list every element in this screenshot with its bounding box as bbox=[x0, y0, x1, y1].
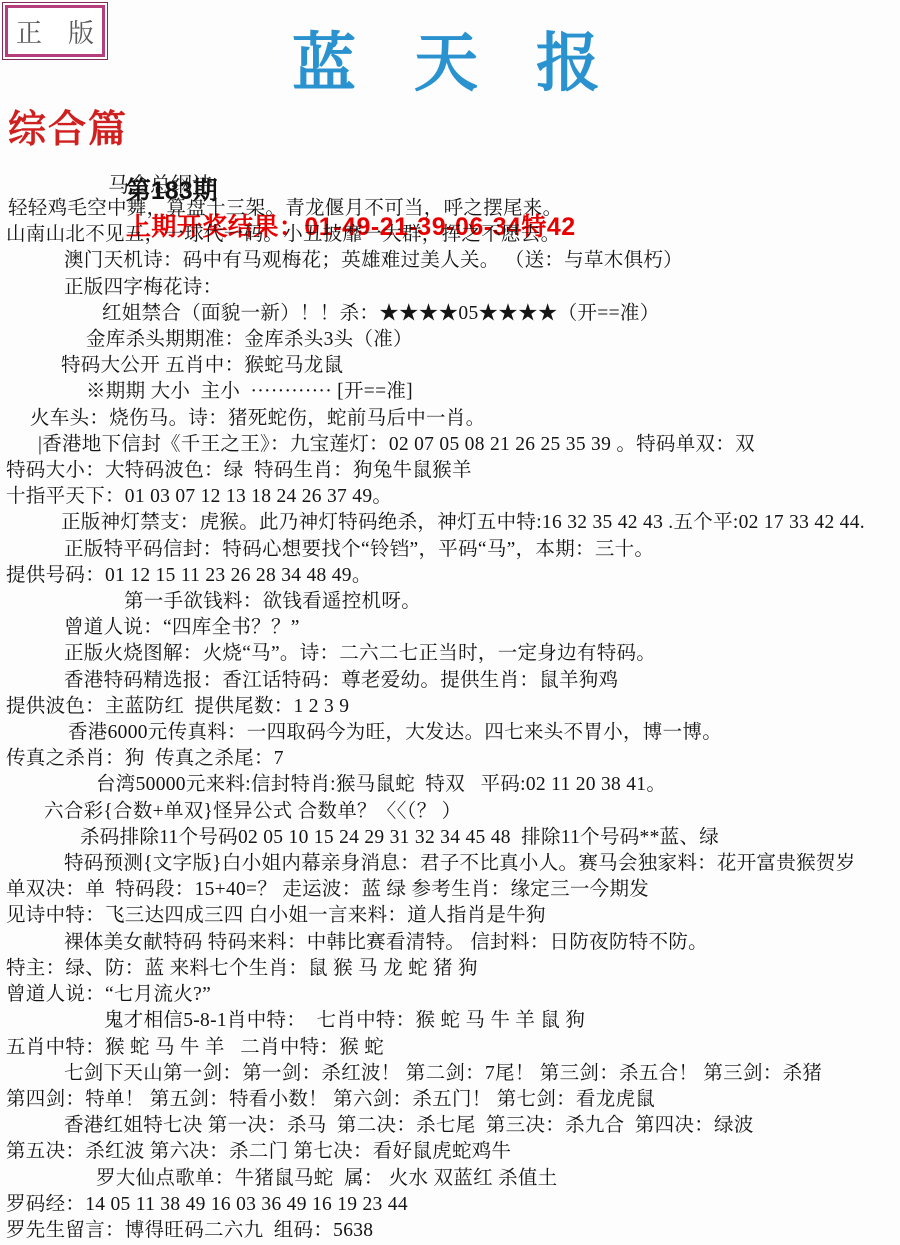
page-title: 蓝天报 bbox=[0, 12, 900, 104]
text-line: 鬼才相信5-8-1肖中特： 七肖中特：猴 蛇 马 牛 羊 鼠 狗 bbox=[104, 1008, 898, 1034]
text-line: 轻轻鸡毛空中舞，算盘十三架。青龙偃月不可当，呼之摆尾来。 bbox=[8, 196, 898, 222]
text-line: 七剑下天山第一剑：第一剑：杀红波！ 第二剑：7尾！ 第三剑：杀五合！ 第三剑：杀… bbox=[64, 1061, 898, 1087]
text-line: 六合彩{合数+单双}怪异公式 合数单？〈〈（？ ） bbox=[44, 799, 898, 825]
text-line: 第一手欲钱料：欲钱看遥控机呀。 bbox=[124, 589, 898, 615]
text-line: |香港地下信封《千王之王》：九宝莲灯：02 07 05 08 21 26 25 … bbox=[38, 432, 898, 458]
text-line: 单双决：单 特码段：15+40=？ 走运波：蓝 绿 参考生肖：缘定三一今期发 bbox=[6, 877, 898, 903]
text-line: 第五决：杀红波 第六决：杀二门 第七决：看好鼠虎蛇鸡牛 bbox=[6, 1139, 898, 1165]
text-line: 金库杀头期期准：金库杀头3头（准） bbox=[86, 327, 898, 353]
text-line: 五肖中特：猴 蛇 马 牛 羊 二肖中特：猴 蛇 bbox=[6, 1035, 898, 1061]
text-line: 山南山北不见五，一球代一码。小丑披靡一大群，挥之不愿去。 bbox=[6, 222, 898, 248]
text-line: 正版四字梅花诗： bbox=[64, 275, 898, 301]
text-line: 传真之杀肖：狗 传真之杀尾：7 bbox=[6, 746, 898, 772]
text-line: 台湾50000元来料:信封特肖:猴马鼠蛇 特双 平码:02 11 20 38 4… bbox=[96, 772, 898, 798]
text-line: 第四剑：特单！ 第五剑：特看小数！ 第六剑：杀五门！ 第七剑：看龙虎鼠 bbox=[6, 1087, 898, 1113]
text-line: 正版特平码信封：特码心想要找个“铃铛”，平码“马”，本期：三十。 bbox=[64, 537, 898, 563]
text-line: 曾道人说：“七月流火?” bbox=[6, 982, 898, 1008]
text-line: 火车头：烧伤马。诗：猪死蛇伤，蛇前马后中一肖。 bbox=[30, 406, 898, 432]
text-line: 香港特码精选报：香江话特码：尊老爱幼。提供生肖：鼠羊狗鸡 bbox=[64, 668, 898, 694]
text-line: ※期期 大小 主小 ············ [开==准] bbox=[86, 379, 898, 405]
text-line: 裸体美女献特码 特码来料：中韩比赛看清特。 信封料：日防夜防特不防。 bbox=[64, 930, 898, 956]
text-line: 香港红姐特七决 第一决：杀马 第二决：杀七尾 第三决：杀九合 第四决：绿波 bbox=[64, 1113, 898, 1139]
text-line: 特码大小：大特码波色：绿 特码生肖：狗兔牛鼠猴羊 bbox=[6, 458, 898, 484]
text-line: 红姐禁合（面貌一新）！！杀：★★★★05★★★★（开==准） bbox=[102, 301, 898, 327]
text-line: 罗大仙点歌单：牛猪鼠马蛇 属： 火水 双蓝红 杀值土 bbox=[96, 1166, 898, 1192]
text-line: 罗先生留言：博得旺码二六九 组码：5638 bbox=[6, 1218, 898, 1244]
text-line: 香港6000元传真料：一四取码今为旺，大发达。四七来头不胃小，博一博。 bbox=[68, 720, 898, 746]
text-line: 特码大公开 五肖中：猴蛇马龙鼠 bbox=[61, 353, 898, 379]
text-line: 曾道人说：“四库全书？？” bbox=[64, 615, 898, 641]
text-line: 特主：绿、防：蓝 来料七个生肖：鼠 猴 马 龙 蛇 猪 狗 bbox=[6, 956, 898, 982]
text-line: 十指平天下：01 03 07 12 13 18 24 26 37 49。 bbox=[6, 484, 898, 510]
text-line: 正版火烧图解：火烧“马”。诗：二六二七正当时，一定身边有特码。 bbox=[64, 641, 898, 667]
text-line: 见诗中特：飞三达四成三四 白小姐一言来料：道人指肖是牛狗 bbox=[6, 903, 898, 929]
text-line: 杀码排除11个号码02 05 10 15 24 29 31 32 34 45 4… bbox=[80, 825, 898, 851]
poem-heading: 马会总纲诗 bbox=[108, 169, 213, 199]
text-line: 特码预测{文字版}白小姐内幕亲身消息：君子不比真小人。赛马会独家料：花开富贵猴贺… bbox=[64, 851, 898, 877]
section-title: 综合篇 bbox=[8, 98, 128, 153]
text-line: 提供号码：01 12 15 11 23 26 28 34 48 49。 bbox=[6, 563, 898, 589]
content-lines: 轻轻鸡毛空中舞，算盘十三架。青龙偃月不可当，呼之摆尾来。 山南山北不见五，一球代… bbox=[6, 196, 898, 1244]
text-line: 正版神灯禁支：虎猴。此乃神灯特码绝杀，神灯五中特:16 32 35 42 43 … bbox=[61, 510, 898, 536]
text-line: 提供波色：主蓝防红 提供尾数：1 2 3 9 bbox=[6, 694, 898, 720]
text-line: 罗码经：14 05 11 38 49 16 03 36 49 16 19 23 … bbox=[6, 1192, 898, 1218]
text-line: 澳门天机诗：码中有马观梅花；英雄难过美人关。 （送：与草木俱朽） bbox=[64, 248, 898, 274]
